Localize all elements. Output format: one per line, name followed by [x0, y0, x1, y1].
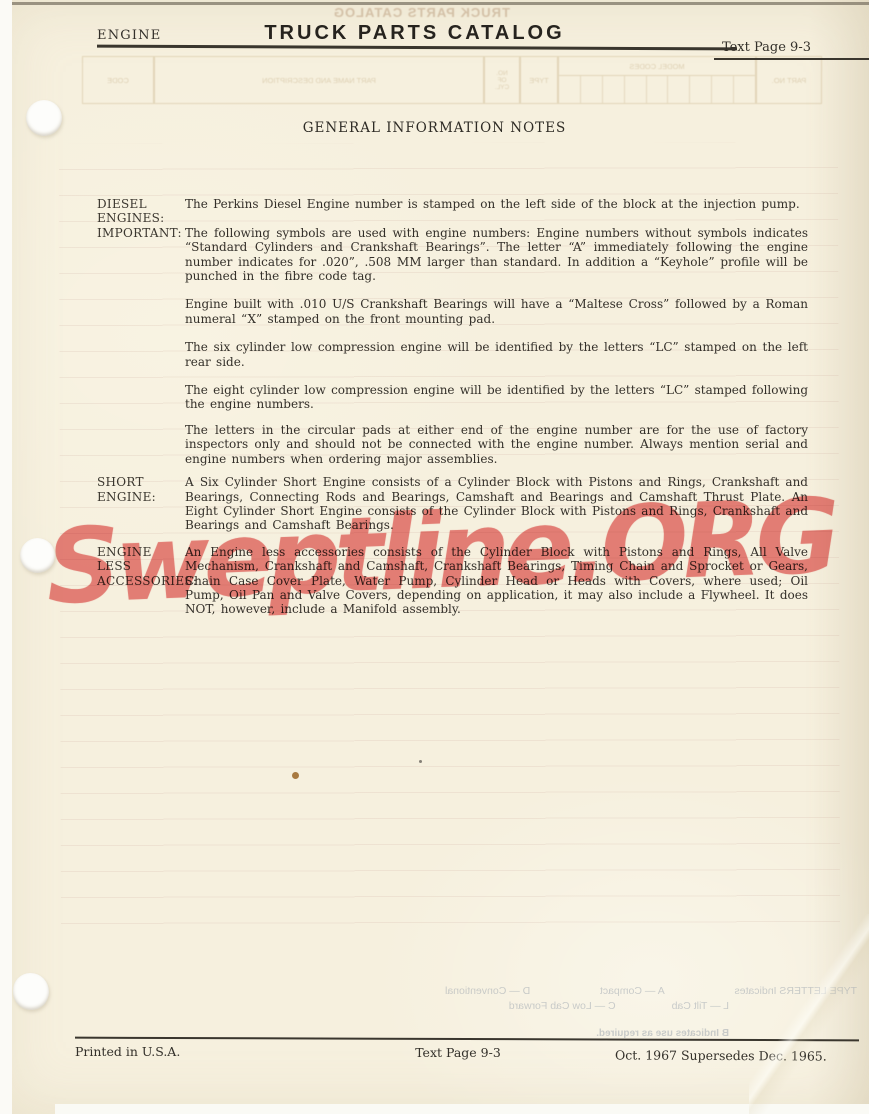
section-label: IMPORTANT: [97, 226, 185, 475]
paper-stain [292, 772, 299, 779]
paper-speck [419, 760, 422, 763]
punch-hole-top [26, 100, 62, 136]
section-diesel-engines: DIESEL ENGINES: The Perkins Diesel Engin… [97, 197, 808, 226]
punch-hole-middle [20, 538, 55, 573]
bleedthrough-legend-l: L — Tilt Cab [672, 999, 729, 1014]
paper-speck [358, 479, 361, 481]
bleedthrough-col-part-name: PART NAME AND DESCRIPTION [154, 56, 484, 104]
bleedthrough-legend-d: D — Conventional [445, 984, 530, 999]
section-important: IMPORTANT: The following symbols are use… [97, 226, 808, 475]
paragraph: Engine built with .010 U/S Crankshaft Be… [185, 297, 808, 326]
bleedthrough-col-model-codes: MODEL CODES [558, 56, 756, 104]
bleedthrough-legend-a: A — Compact [600, 984, 665, 999]
paragraph: The letters in the circular pads at eith… [185, 423, 808, 466]
header-rule [97, 45, 737, 51]
page-title: GENERAL INFORMATION NOTES [0, 120, 869, 136]
paragraph: The eight cylinder low compression engin… [185, 383, 808, 412]
section-body: The Perkins Diesel Engine number is stam… [185, 197, 808, 226]
paragraph: The six cylinder low compression engine … [185, 340, 808, 369]
bleedthrough-col-no-of-cyl: NO. OF CYL. [484, 56, 520, 104]
scan-left-edge [0, 0, 12, 1114]
paper-crease [749, 914, 869, 1114]
bleedthrough-col-code: CODE [82, 56, 154, 104]
scan-bottom-edge [55, 1104, 869, 1114]
paragraph: The Perkins Diesel Engine number is stam… [185, 197, 808, 211]
paragraph: The following symbols are used with engi… [185, 226, 808, 284]
bleedthrough-col-part-no: PART NO. [756, 56, 822, 104]
bleedthrough-mirrored-title: TRUCK PARTS CATALOG [350, 5, 510, 20]
scan-top-edge [0, 2, 869, 5]
bleedthrough-table: PART NO. MODEL CODES TYPE NO. OF CYL. PA… [78, 56, 822, 104]
section-body: The following symbols are used with engi… [185, 226, 808, 475]
scanned-catalog-page: TRUCK PARTS CATALOG PART NO. MODEL CODES… [0, 0, 869, 1114]
catalog-title: TRUCK PARTS CATALOG [97, 22, 732, 45]
header-page-reference: Text Page 9-3 [714, 40, 869, 60]
punch-hole-bottom [13, 973, 49, 1010]
bleedthrough-col-type: TYPE [520, 56, 558, 104]
bleedthrough-legend-c: C — Low Cab Forward [509, 999, 616, 1014]
bleedthrough-model-code-cells [559, 76, 755, 103]
section-label: DIESEL ENGINES: [97, 197, 185, 226]
